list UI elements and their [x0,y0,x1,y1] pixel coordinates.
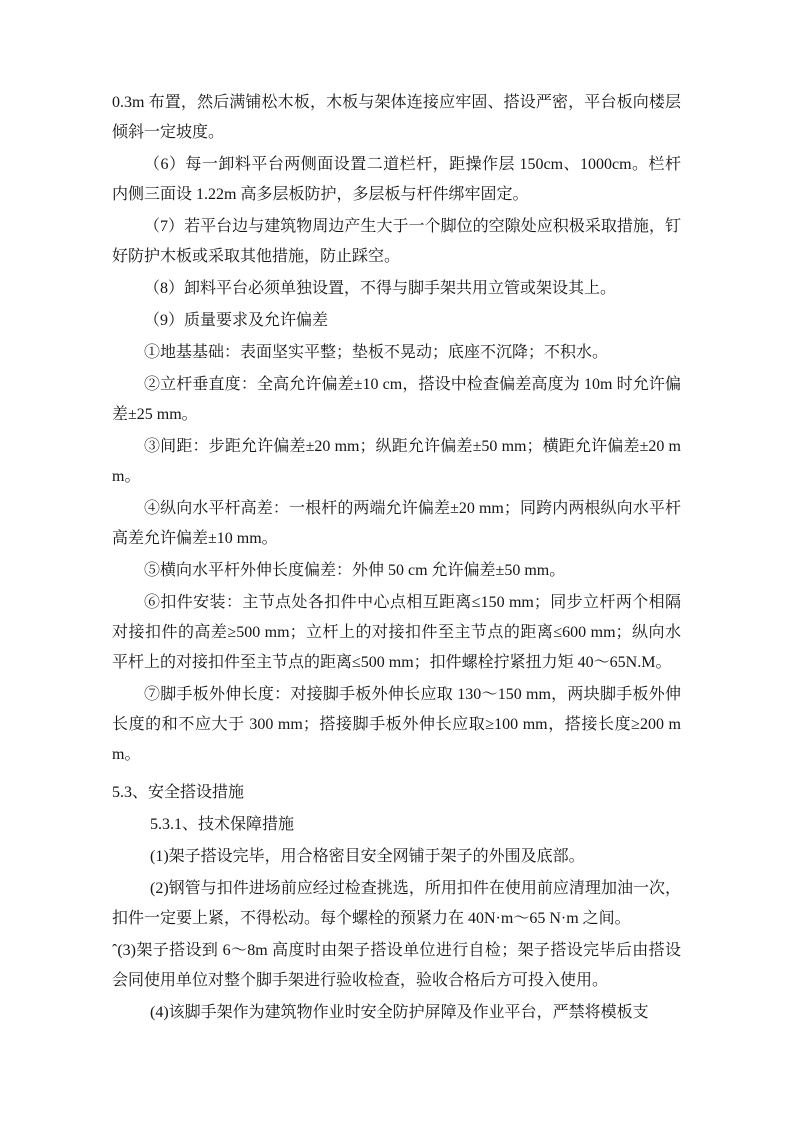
document-text-block: 0.3m 布置，然后满铺松木板，木板与架体连接应牢固、搭设严密，平台板向楼层倾斜… [112,88,681,1030]
paragraph-circled-4: ④纵向水平杆高差：一根杆的两端允许偏差±20 mm；同跨内两根纵向水平杆高差允许… [112,494,681,554]
paragraph-circled-6: ⑥扣件安装：主节点处各扣件中心点相互距离≤150 mm；同步立杆两个相隔对接扣件… [112,588,681,678]
paragraph-item-1: (1)架子搭设完毕，用合格密目安全网铺于架子的外围及底部。 [112,842,681,872]
paragraph-item-2: (2)钢管与扣件进场前应经过检查挑选，所用扣件在使用前应清理加油一次，扣件一定要… [112,874,681,934]
paragraph-circled-3: ③间距：步距允许偏差±20 mm；纵距允许偏差±50 mm；横距允许偏差±20 … [112,432,681,492]
subsection-heading-5-3-1: 5.3.1、技术保障措施 [112,810,681,840]
paragraph-item-3: ˆ(3)架子搭设到 6～8m 高度时由架子搭设单位进行自检；架子搭设完毕后由搭设… [112,936,681,996]
paragraph-circled-2: ②立杆垂直度：全高允许偏差±10 cm，搭设中检查偏差高度为 10m 时允许偏差… [112,370,681,430]
paragraph-circled-1: ①地基基础：表面坚实平整；垫板不晃动；底座不沉降；不积水。 [112,338,681,368]
document-page: 0.3m 布置，然后满铺松木板，木板与架体连接应牢固、搭设严密，平台板向楼层倾斜… [0,0,793,1122]
paragraph-item-9: （9）质量要求及允许偏差 [112,306,681,336]
paragraph-circled-7: ⑦脚手板外伸长度：对接脚手板外伸长应取 130～150 mm，两块脚手板外伸长度… [112,680,681,770]
paragraph-item-7: （7）若平台边与建筑物周边产生大于一个脚位的空隙处应积极采取措施，钉好防护木板或… [112,212,681,272]
paragraph-item-8: （8）卸料平台必须单独设置，不得与脚手架共用立管或架设其上。 [112,274,681,304]
paragraph-circled-5: ⑤横向水平杆外伸长度偏差：外伸 50 cm 允许偏差±50 mm。 [112,556,681,586]
paragraph-item-4: (4)该脚手架作为建筑物作业时安全防护屏障及作业平台，严禁将模板支 [112,998,681,1028]
paragraph-item-6: （6）每一卸料平台两侧面设置二道栏杆，距操作层 150cm、1000cm。栏杆内… [112,150,681,210]
section-heading-5-3: 5.3、安全搭设措施 [112,778,681,808]
paragraph-continuation: 0.3m 布置，然后满铺松木板，木板与架体连接应牢固、搭设严密，平台板向楼层倾斜… [112,88,681,148]
